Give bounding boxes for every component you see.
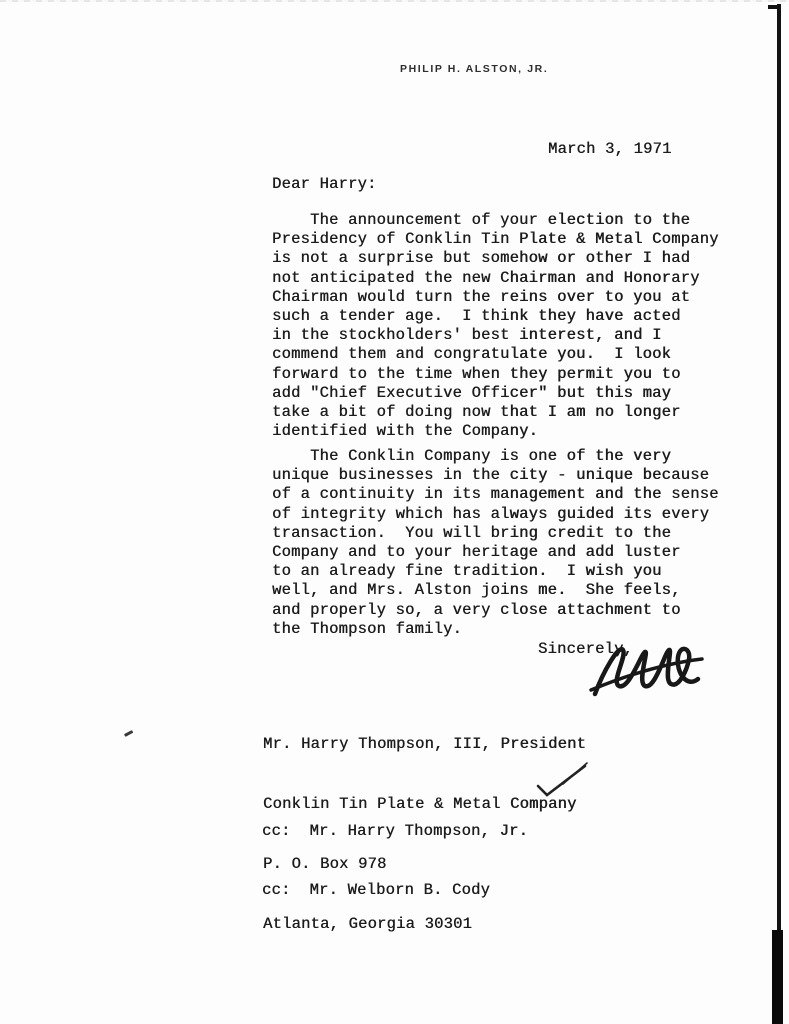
body-paragraph-2: The Conklin Company is one of the very u… [272,447,719,639]
signature-scrawl-icon [588,628,706,710]
scan-edge-line-bottom [772,930,783,1024]
letter-date: March 3, 1971 [548,140,672,159]
cc-line: cc: Mr. Welborn B. Cody [262,881,528,901]
scan-edge-hook [768,5,779,9]
letterhead-name: PHILIP H. ALSTON, JR. [400,63,548,75]
cc-block: cc: Mr. Harry Thompson, Jr. cc: Mr. Welb… [262,783,528,939]
scan-top-edge-artifact [0,0,789,2]
cc-line: cc: Mr. Harry Thompson, Jr. [262,822,528,842]
letter-page: PHILIP H. ALSTON, JR. March 3, 1971 Dear… [0,0,789,1024]
recipient-line: Mr. Harry Thompson, III, President [263,734,586,754]
scan-edge-line [777,4,781,1024]
body-paragraph-1: The announcement of your election to the… [272,211,719,441]
salutation: Dear Harry: [272,175,377,194]
checkmark-icon [533,758,593,802]
stray-pen-mark [124,730,133,736]
